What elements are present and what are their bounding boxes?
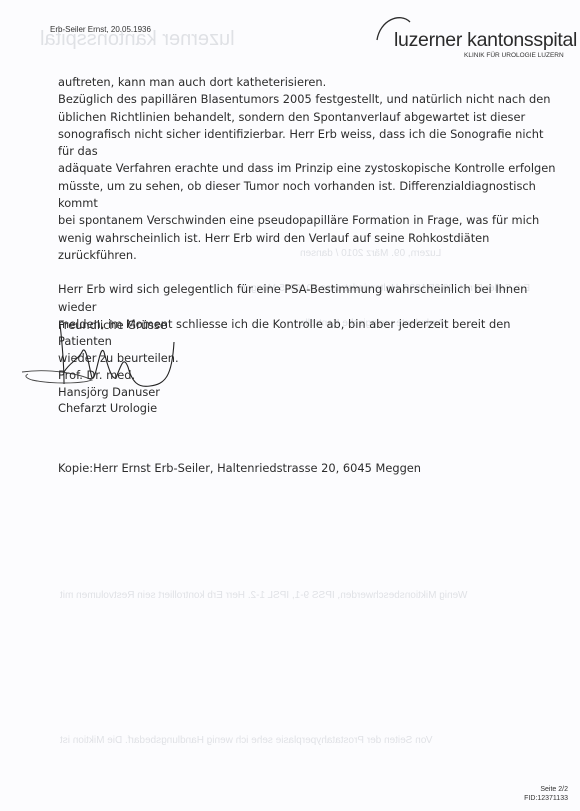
- page-footer: Seite 2/2 FID:12371133: [524, 785, 568, 803]
- signer-block: Prof. Dr. med. Hansjörg Danuser Chefarzt…: [58, 367, 160, 417]
- text-line: müsste, um zu sehen, ob dieser Tumor noc…: [58, 179, 536, 210]
- document-fid: FID:12371133: [524, 794, 568, 803]
- text-line: Herr Erb wird sich gelegentlich für eine…: [58, 282, 527, 313]
- copy-recipient: Kopie:Herr Ernst Erb-Seiler, Haltenrieds…: [58, 461, 421, 475]
- text-line: Bezüglich des papillären Blasentumors 20…: [58, 92, 551, 106]
- text-line: auftreten, kann man auch dort katheteris…: [58, 75, 326, 89]
- patient-header: Erb-Seiler Ernst, 20.05.1936: [50, 25, 151, 34]
- paragraph-1: auftreten, kann man auch dort katheteris…: [58, 74, 558, 264]
- signer-position: Chefarzt Urologie: [58, 400, 160, 417]
- signer-name: Hansjörg Danuser: [58, 384, 160, 401]
- logo-subtitle: KLINIK FÜR UROLOGIE LUZERN: [464, 52, 564, 59]
- text-line: bei spontanem Verschwinden eine pseudopa…: [58, 213, 539, 227]
- bleed-through-line: Von Seiten der Prostatahyperplasie sehe …: [60, 735, 432, 746]
- signer-title: Prof. Dr. med.: [58, 367, 160, 384]
- bleed-through-line: Wenig Miktionsbeschwerden, IPSS 9-1, IPS…: [60, 590, 467, 601]
- hospital-logo: luzerner kantonsspital KLINIK FÜR UROLOG…: [372, 12, 562, 62]
- letter-page: luzerner kantonsspital Luzern, 09. März …: [0, 0, 580, 811]
- text-line: üblichen Richtlinien behandelt, sondern …: [58, 110, 525, 124]
- logo-name: luzerner kantonsspital: [394, 29, 577, 52]
- page-number: Seite 2/2: [524, 785, 568, 794]
- text-line: sonografisch nicht sicher identifizierba…: [58, 127, 544, 158]
- text-line: wenig wahrscheinlich ist. Herr Erb wird …: [58, 231, 489, 262]
- text-line: adäquate Verfahren erachte und dass im P…: [58, 161, 556, 175]
